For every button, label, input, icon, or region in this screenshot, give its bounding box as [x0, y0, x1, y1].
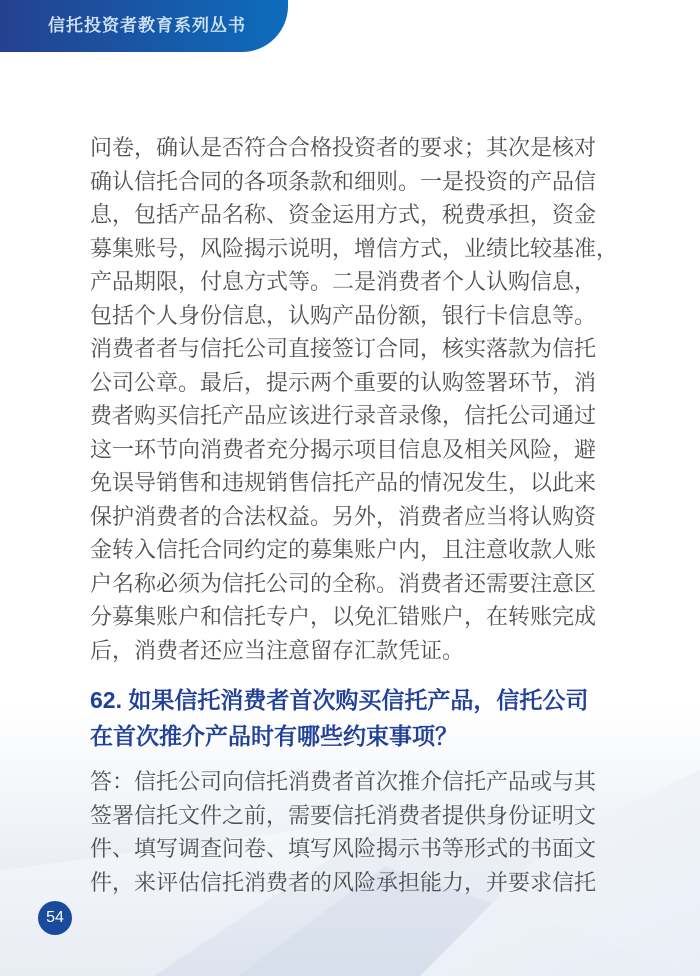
- series-title: 信托投资者教育系列丛书: [0, 0, 288, 52]
- body-line: 产品期限，付息方式等。二是消费者个人认购信息，: [90, 265, 604, 299]
- body-line: 后，消费者还应当注意留存汇款凭证。: [90, 634, 604, 668]
- body-line: 公司公章。最后，提示两个重要的认购签署环节，消: [90, 366, 604, 400]
- page-number-badge: 54: [38, 901, 72, 935]
- header-ribbon: 信托投资者教育系列丛书: [0, 0, 288, 52]
- body-line: 包括个人身份信息，认购产品份额，银行卡信息等。: [90, 299, 604, 333]
- body-line: 费者购买信托产品应该进行录音录像，信托公司通过: [90, 399, 604, 433]
- question-62-heading: 62. 如果信托消费者首次购买信托产品，信托公司 在首次推介产品时有哪些约束事项…: [90, 682, 604, 754]
- body-line: 保护消费者的合法权益。另外，消费者应当将认购资: [90, 500, 604, 534]
- page-number: 54: [46, 909, 64, 927]
- answer-paragraph: 答：信托公司向信托消费者首次推介信托产品或与其 签署信托文件之前，需要信托消费者…: [90, 765, 604, 899]
- body-line: 免误导销售和违规销售信托产品的情况发生，以此来: [90, 466, 604, 500]
- body-line: 确认信托合同的各项条款和细则。一是投资的产品信: [90, 165, 604, 199]
- body-line: 息，包括产品名称、资金运用方式，税费承担，资金: [90, 198, 604, 232]
- question-heading-line: 在首次推介产品时有哪些约束事项？: [90, 718, 604, 754]
- body-line: 这一环节向消费者充分揭示项目信息及相关风险，避: [90, 433, 604, 467]
- continued-paragraph: 问卷，确认是否符合合格投资者的要求；其次是核对 确认信托合同的各项条款和细则。一…: [90, 131, 604, 667]
- page-content: 问卷，确认是否符合合格投资者的要求；其次是核对 确认信托合同的各项条款和细则。一…: [90, 131, 604, 899]
- book-page: 信托投资者教育系列丛书 问卷，确认是否符合合格投资者的要求；其次是核对 确认信托…: [0, 0, 700, 976]
- body-line: 分募集账户和信托专户，以免汇错账户，在转账完成: [90, 600, 604, 634]
- answer-line: 答：信托公司向信托消费者首次推介信托产品或与其: [90, 765, 604, 799]
- answer-line: 件、填写调查问卷、填写风险揭示书等形式的书面文: [90, 832, 604, 866]
- body-line: 消费者者与信托公司直接签订合同，核实落款为信托: [90, 332, 604, 366]
- body-line: 金转入信托合同约定的募集账户内，且注意收款人账: [90, 533, 604, 567]
- body-line: 募集账号，风险揭示说明，增信方式，业绩比较基准，: [90, 232, 604, 266]
- body-line: 问卷，确认是否符合合格投资者的要求；其次是核对: [90, 131, 604, 165]
- question-heading-line: 62. 如果信托消费者首次购买信托产品，信托公司: [90, 682, 604, 718]
- answer-line: 签署信托文件之前，需要信托消费者提供身份证明文: [90, 799, 604, 833]
- body-line: 户名称必须为信托公司的全称。消费者还需要注意区: [90, 567, 604, 601]
- answer-line: 件，来评估信托消费者的风险承担能力，并要求信托: [90, 866, 604, 900]
